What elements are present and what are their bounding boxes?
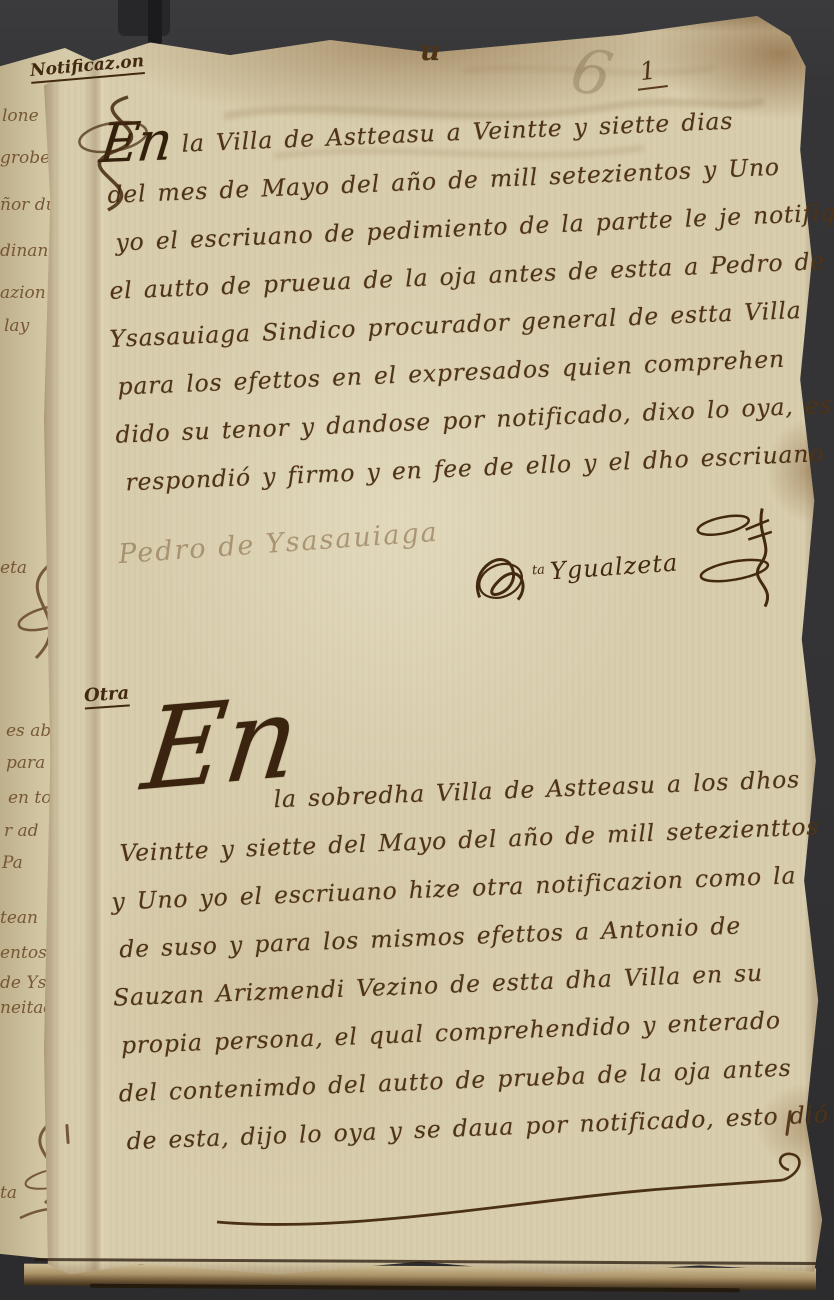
gutter-fragment: lay <box>4 316 29 336</box>
margin-note-otra: Otra <box>83 682 129 706</box>
scribe-monogram-flourish <box>466 539 535 613</box>
gutter-fragment: r ad <box>4 821 39 841</box>
gutter-fragment: dinan <box>0 241 48 261</box>
gutter-fragment: para <box>6 753 45 773</box>
folio-number: 1 <box>634 54 668 90</box>
margin-note-flourish <box>58 92 178 222</box>
scribe-rubric-flourish <box>684 505 791 616</box>
manuscript-photo: lone grobe ñor du dinan azion lay eta es… <box>0 0 834 1300</box>
scribe-name: Ygualzeta <box>549 549 679 586</box>
margin-tick-left <box>65 1124 69 1144</box>
gutter-fragment: grobe <box>0 148 50 168</box>
scribe-superscript: ta <box>531 562 545 578</box>
gutter-fragment: azion <box>0 283 46 303</box>
signature-party: Pedro de Ysasauiaga <box>117 517 439 570</box>
gutter-fragment: lone <box>2 106 39 126</box>
signature-scribe: ta Ygualzeta <box>465 505 791 631</box>
paragraph-2: la sobredha Villa de Astteasu a los dhos… <box>105 755 829 1166</box>
top-squiggle-mark: u <box>420 34 440 67</box>
paragraph-1: Enla Villa de Astteasu a Veintte y siett… <box>100 83 832 507</box>
gutter-fragment: Pa <box>2 853 23 873</box>
closing-rule-flourish <box>205 1144 815 1244</box>
margin-note-otra-label: Otra <box>83 682 130 709</box>
gutter-fragment: tean <box>0 908 38 928</box>
gutter-fragment: entos <box>0 943 47 963</box>
